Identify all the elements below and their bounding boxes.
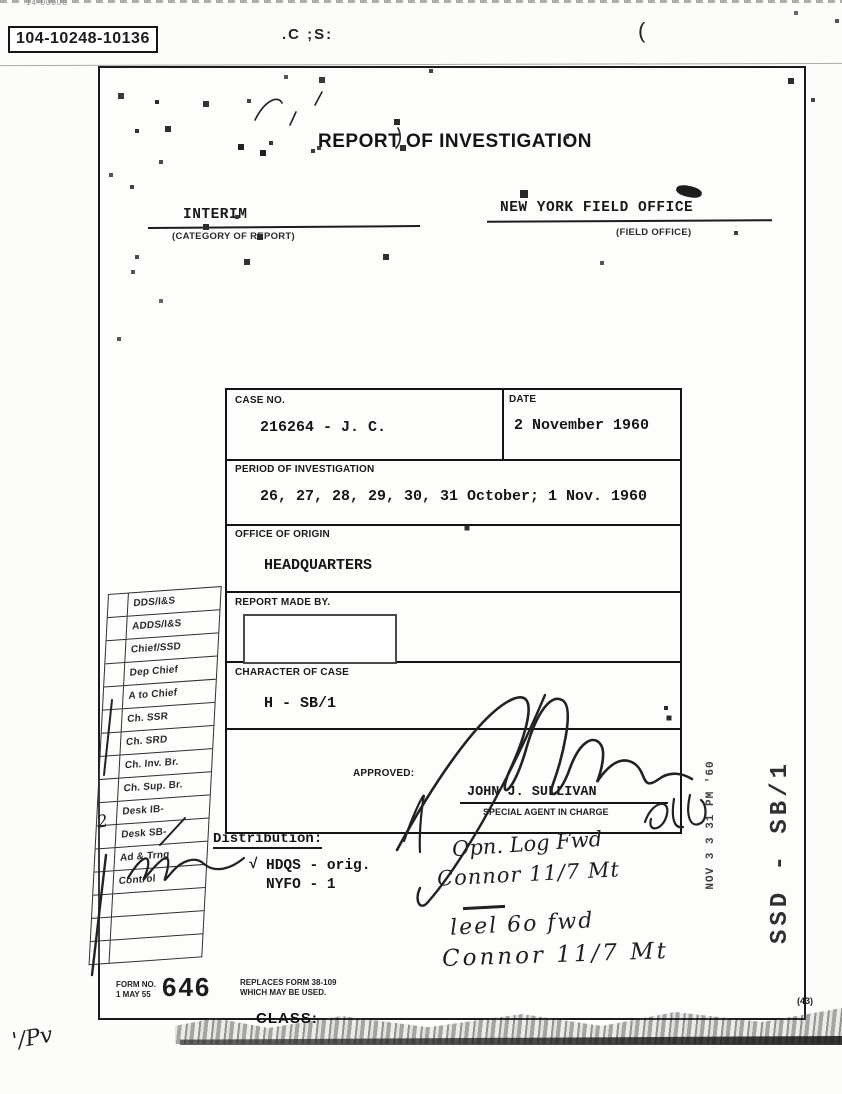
form-date: 1 MAY 55: [116, 990, 151, 999]
routing-checkbox: [91, 918, 112, 942]
period-value: 26, 27, 28, 29, 30, 31 October; 1 Nov. 1…: [260, 488, 647, 505]
character-label: CHARACTER OF CASE: [235, 667, 349, 678]
date-value: 2 November 1960: [514, 417, 649, 434]
origin-value: HEADQUARTERS: [264, 557, 372, 574]
routing-checkbox: [104, 663, 125, 687]
field-office-value: NEW YORK FIELD OFFICE: [500, 200, 693, 216]
distribution-item: HDQS - orig.: [266, 858, 370, 874]
handwritten-corner-mark: '/Pv: [10, 1023, 54, 1055]
category-value: INTERIM: [183, 207, 247, 223]
form-number: 646: [162, 972, 211, 1003]
routing-checkbox: [101, 732, 122, 756]
document-title: REPORT OF INVESTIGATION: [318, 131, 592, 153]
replaces-line1: REPLACES FORM 38-109: [240, 978, 336, 987]
origin-label: OFFICE OF ORIGIN: [235, 529, 330, 540]
case-no-value: 216264 - J. C.: [260, 419, 386, 436]
page-marker: (43): [797, 996, 813, 1006]
received-date-stamp: NOV 3 3 31 PM '60: [705, 741, 721, 909]
distribution-item: NYFO - 1: [266, 877, 336, 893]
routing-checkbox: [107, 617, 128, 641]
routing-stamp: DDS/I&S ADDS/I&S Chief/SSD Dep Chief A t…: [89, 586, 222, 965]
routing-checkbox: [108, 594, 129, 618]
routing-checkbox: [105, 640, 126, 664]
form-no-label: FORM NO.: [116, 980, 156, 989]
routing-checkbox: [103, 686, 124, 710]
approver-underline: [460, 802, 668, 804]
top-bleedthrough-text: .C ;S:: [282, 26, 333, 43]
routing-checkbox: [92, 894, 113, 918]
distribution-check: √: [249, 857, 258, 873]
class-label: CLASS:: [256, 1010, 318, 1027]
scan-specks: [0, 0, 2, 2]
report-made-by-label: REPORT MADE BY.: [235, 597, 330, 608]
date-label: DATE: [509, 394, 536, 405]
period-label: PERIOD OF INVESTIGATION: [235, 464, 374, 475]
routing-checkbox: [99, 756, 120, 780]
paren-mark: (: [638, 18, 645, 44]
case-info-table: CASE NO. 216264 - J. C. DATE 2 November …: [225, 388, 682, 834]
approver-title: SPECIAL AGENT IN CHARGE: [483, 807, 609, 817]
file-reference-stamp: SSD - SB/1: [767, 735, 793, 969]
distribution-heading: Distribution:: [213, 831, 322, 849]
routing-checkbox: [102, 709, 123, 733]
replaces-line2: WHICH MAY BE USED.: [240, 988, 326, 997]
character-value: H - SB/1: [264, 695, 336, 712]
routing-checkbox: [90, 941, 111, 965]
routing-checkbox: [94, 848, 115, 872]
approved-label: APPROVED:: [353, 768, 414, 779]
table-divider-vertical: [502, 390, 504, 459]
routing-checkbox: [93, 871, 114, 895]
scan-top-edge: [0, 0, 842, 3]
redaction-box: [243, 614, 397, 664]
category-label: (CATEGORY OF REPORT): [172, 231, 295, 242]
approver-name: JOHN J. SULLIVAN: [467, 785, 597, 800]
record-number: 104-10248-10136: [16, 30, 150, 47]
table-divider: [227, 524, 680, 526]
scanned-report-of-investigation: 14-00000 104-10248-10136 .C ;S: ( REPORT…: [0, 0, 842, 1094]
case-no-label: CASE NO.: [235, 395, 285, 406]
routing-checkbox: [98, 779, 119, 803]
table-divider: [227, 459, 680, 461]
record-number-box: 104-10248-10136: [8, 26, 158, 53]
field-office-label: (FIELD OFFICE): [616, 227, 691, 238]
table-divider: [227, 591, 680, 593]
table-divider: [227, 728, 680, 730]
corner-fragment-text: 14-00000: [26, 0, 68, 7]
